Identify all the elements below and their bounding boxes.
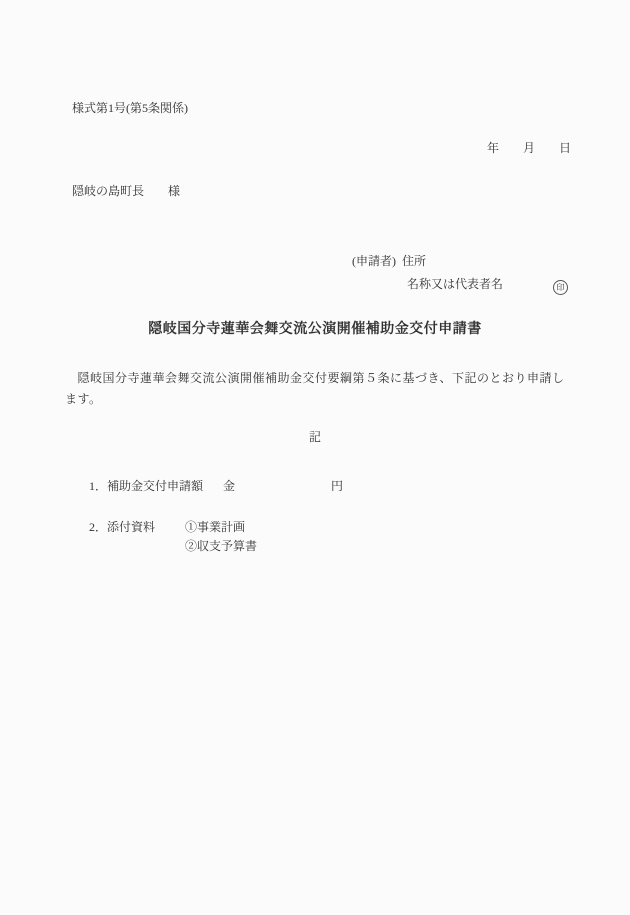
seal-stamp-icon: 印 xyxy=(553,280,568,295)
addressee-line: 隠岐の島町長 様 xyxy=(72,184,180,198)
name-label: 名称又は代表者名 xyxy=(407,277,503,291)
amount-prefix: 金 xyxy=(223,479,235,493)
applicant-label: (申請者) xyxy=(352,254,396,268)
document-title: 隠岐国分寺蓮華会舞交流公演開催補助金交付申請書 xyxy=(0,318,630,338)
item-2-label: 添付資料 xyxy=(107,520,155,534)
attachment-item-1: ①事業計画 xyxy=(185,520,245,534)
body-paragraph-line-1: 隠岐国分寺蓮華会舞交流公演開催補助金交付要綱第５条に基づき、下記のとおり申請し xyxy=(65,368,580,389)
item-attachments: 2．添付資料①事業計画②収支予算書 xyxy=(77,506,257,572)
item-2-number: 2． xyxy=(89,520,107,534)
attachments-list: ①事業計画②収支予算書 xyxy=(185,520,257,558)
attachment-item-2: ②収支予算書 xyxy=(185,539,257,553)
item-1-number: 1． xyxy=(89,479,107,493)
body-paragraph: 隠岐国分寺蓮華会舞交流公演開催補助金交付要綱第５条に基づき、下記のとおり申請し … xyxy=(65,368,580,410)
section-marker: 記 xyxy=(0,428,630,445)
body-paragraph-line-2: ます。 xyxy=(65,389,580,410)
applicant-name-row: 名称又は代表者名印 xyxy=(395,263,568,309)
item-1-label: 補助金交付申請額 xyxy=(107,479,203,493)
form-number: 様式第1号(第5条関係) xyxy=(72,101,188,115)
item-grant-amount: 1．補助金交付申請額金円 xyxy=(77,465,343,507)
application-form-page: 様式第1号(第5条関係) 年 月 日 隠岐の島町長 様 (申請者)住所 名称又は… xyxy=(0,0,630,915)
amount-suffix: 円 xyxy=(331,479,343,493)
date-line: 年 月 日 xyxy=(487,141,577,155)
